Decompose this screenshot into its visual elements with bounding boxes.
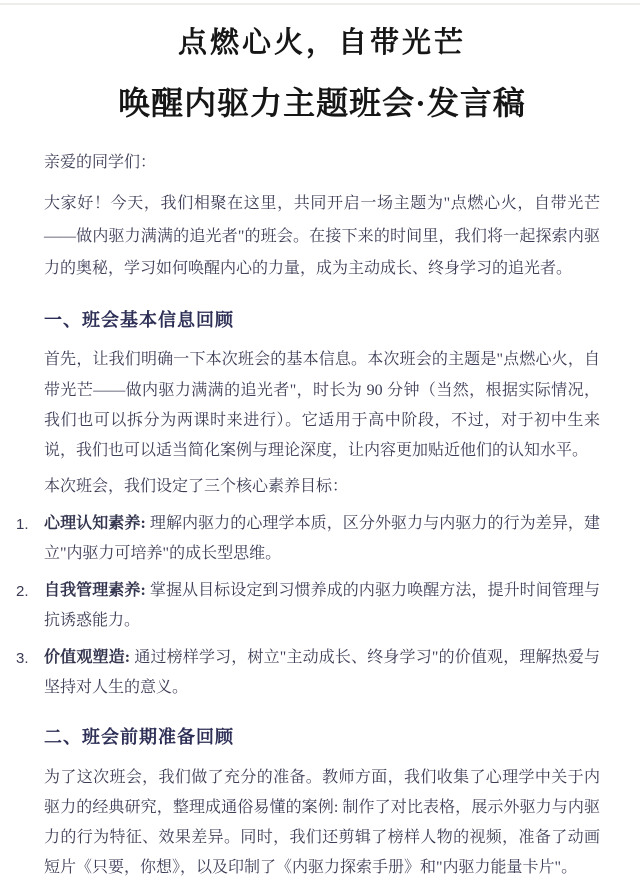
goal-1-number: 1. xyxy=(16,509,44,569)
section-1-paragraph: 首先，让我们明确一下本次班会的基本信息。本次班会的主题是"点燃心火，自带光芒——… xyxy=(44,345,600,465)
goal-2-label: 自我管理素养: xyxy=(44,582,146,599)
goal-3-body: 价值观塑造: 通过榜样学习，树立"主动成长、终身学习"的价值观，理解热爱与坚持对… xyxy=(44,643,600,703)
goal-3-number: 3. xyxy=(16,643,44,703)
section-2-heading: 二、班会前期准备回顾 xyxy=(44,725,600,750)
goal-item-3: 3. 价值观塑造: 通过榜样学习，树立"主动成长、终身学习"的价值观，理解热爱与… xyxy=(16,643,600,703)
section-2-paragraph: 为了这次班会，我们做了充分的准备。教师方面，我们收集了心理学中关于内驱力的经典研… xyxy=(44,763,600,883)
goal-3-label: 价值观塑造: xyxy=(44,649,130,666)
section-1-heading: 一、班会基本信息回顾 xyxy=(44,308,600,333)
greeting-line: 亲爱的同学们： xyxy=(44,150,600,176)
goal-2-number: 2. xyxy=(16,576,44,636)
goal-2-body: 自我管理素养: 掌握从目标设定到习惯养成的内驱力唤醒方法，提升时间管理与抗诱惑能… xyxy=(44,576,600,636)
goal-item-1: 1. 心理认知素养: 理解内驱力的心理学本质，区分外驱力与内驱力的行为差异，建立… xyxy=(16,509,600,569)
document-page: 点燃心火，自带光芒 唤醒内驱力主题班会·发言稿 亲爱的同学们： 大家好！今天，我… xyxy=(0,5,640,883)
document-title-line2: 唤醒内驱力主题班会·发言稿 xyxy=(44,83,600,125)
document-title-line1: 点燃心火，自带光芒 xyxy=(44,25,600,63)
goals-list: 1. 心理认知素养: 理解内驱力的心理学本质，区分外驱力与内驱力的行为差异，建立… xyxy=(44,509,600,703)
goal-1-label: 心理认知素养: xyxy=(44,515,146,532)
intro-paragraph: 大家好！今天，我们相聚在这里，共同开启一场主题为"点燃心火，自带光芒——做内驱力… xyxy=(44,188,600,286)
goal-item-2: 2. 自我管理素养: 掌握从目标设定到习惯养成的内驱力唤醒方法，提升时间管理与抗… xyxy=(16,576,600,636)
goals-intro-line: 本次班会，我们设定了三个核心素养目标： xyxy=(44,472,600,502)
goal-1-body: 心理认知素养: 理解内驱力的心理学本质，区分外驱力与内驱力的行为差异，建立"内驱… xyxy=(44,509,600,569)
